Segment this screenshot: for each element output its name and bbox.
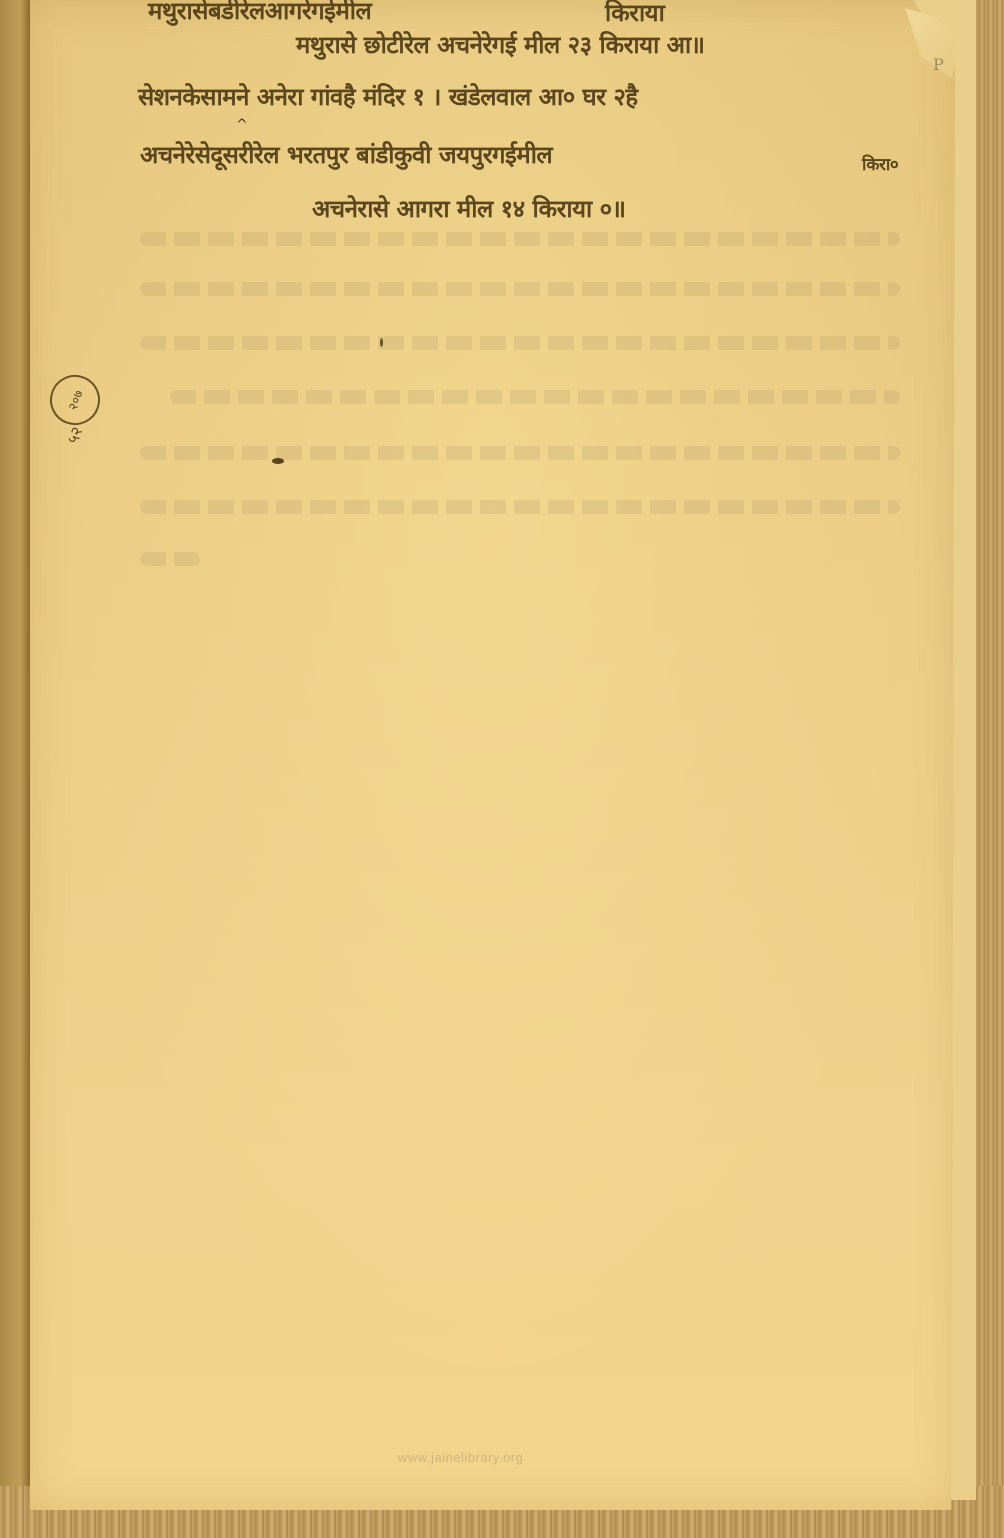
ink-speck [380, 338, 383, 347]
bleed-through-line [140, 282, 900, 296]
bleed-through-line [170, 390, 900, 404]
corner-mark: P [933, 55, 944, 74]
bleed-through-line [140, 552, 200, 566]
insertion-caret: ^ [236, 117, 248, 133]
watermark: www.jainelibrary.org [398, 1450, 523, 1465]
handwritten-line-3: सेशनकेसामने अनेरा गांवहै मंदिर १ । खंडेल… [138, 80, 638, 113]
folio-number: २०७ [63, 387, 87, 412]
margin-note-fare-1: किराया [605, 0, 664, 29]
handwritten-line-5: अचनेरासे आगरा मील १४ किराया ०॥ [312, 192, 625, 225]
ink-speck [272, 458, 284, 464]
manuscript-page [30, 0, 955, 1510]
margin-note-fare-2: किरा० [862, 152, 898, 175]
bleed-through-line [140, 336, 900, 350]
bleed-through-line [140, 500, 900, 514]
bleed-through-line [140, 446, 900, 460]
bleed-through-line [140, 232, 900, 246]
handwritten-line-4: अचनेरेसेदूसरीरेल भरतपुर बांडीकुवी जयपुरग… [140, 138, 552, 171]
handwritten-line-2: मथुरासे छोटीरेल अचनेरेगई मील २३ किराया आ… [296, 28, 705, 61]
handwritten-line-1: मथुरासेबडीरेलआगरेगईमील [148, 0, 371, 27]
wooden-surface-left [0, 0, 34, 1538]
